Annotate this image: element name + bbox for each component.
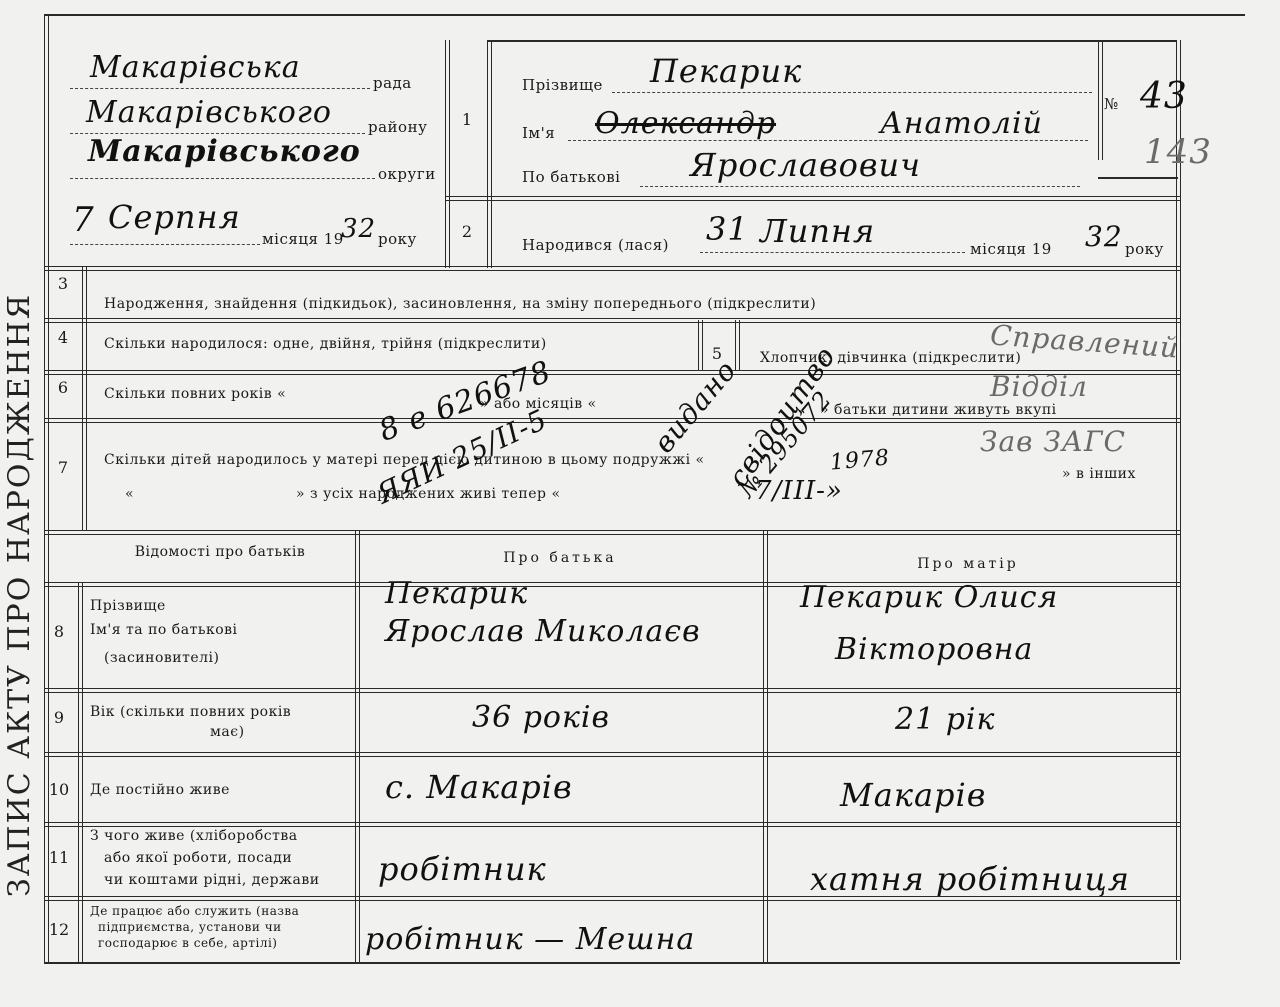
patronymic-label: По батькові — [522, 168, 620, 186]
bottom-border — [45, 962, 1180, 964]
underline — [700, 252, 965, 253]
row12-label-2: підприємства, установи чи — [98, 920, 282, 935]
row12-label-1: Де працює або служить (назва — [90, 904, 299, 919]
row11-label-1: З чого живе (хліборобства — [90, 828, 298, 844]
field-number: 9 — [44, 708, 74, 727]
born-label: Народився (лася) — [522, 236, 669, 254]
field-number: 11 — [44, 848, 74, 867]
registration-month: Серпня — [108, 198, 241, 236]
rayon-label: району — [368, 118, 427, 136]
field-number: 7 — [48, 458, 78, 477]
divider — [445, 196, 1180, 201]
rayon-value: Макарівського — [86, 95, 332, 130]
divider — [445, 40, 450, 268]
divider — [82, 266, 87, 531]
field6-text-c: » батьки дитини живуть вкупі — [820, 402, 1057, 418]
top-border — [45, 14, 1245, 16]
divider — [735, 320, 740, 370]
child-name: Анатолій — [880, 106, 1043, 141]
birth-month: Липня — [760, 212, 875, 250]
field3-text: Народження, знайдення (підкидьок), засин… — [104, 296, 816, 312]
mother-age: 21 рік — [895, 702, 995, 737]
father-name: Ярослав Миколаєв — [385, 614, 701, 649]
divider — [487, 40, 1177, 42]
underline — [640, 186, 1080, 187]
row9-label-1: Вік (скільки повних років — [90, 704, 291, 720]
father-age: 36 років — [472, 700, 610, 735]
field-number: 10 — [44, 780, 74, 799]
record-number-label: № — [1104, 95, 1119, 113]
birth-record-form: ЗАПИС АКТУ ПРО НАРОДЖЕННЯ № 43 143 Макар… — [0, 0, 1280, 1007]
row8-label-1: Прізвище — [90, 598, 166, 614]
row11-label-3: чи коштами рідні, держави — [104, 872, 320, 888]
year-label: року — [378, 230, 417, 248]
divider — [45, 530, 1180, 535]
row12-label-3: господарює в себе, артілі) — [98, 936, 277, 951]
mother-header: Про матір — [768, 556, 1168, 572]
field-number: 1 — [452, 110, 482, 129]
mother-occupation: хатня робітниця — [810, 860, 1130, 898]
annotation-department: Відділ — [990, 370, 1088, 403]
divider — [45, 822, 1180, 827]
field6-text-a: Скільки повних років « — [104, 386, 286, 402]
divider — [487, 40, 492, 268]
record-number-secondary: 143 — [1144, 132, 1212, 172]
underline — [70, 178, 375, 179]
month-label: місяця 19 — [262, 230, 344, 248]
name-label: Ім'я — [522, 124, 555, 142]
field7-text-c: « — [125, 486, 134, 502]
child-surname: Пекарик — [650, 52, 802, 90]
underline — [612, 92, 1092, 93]
divider — [45, 896, 1180, 901]
father-residence: с. Макарів — [385, 768, 573, 806]
parents-info-header: Відомості про батьків — [85, 544, 355, 560]
registration-year: 32 — [341, 214, 376, 244]
record-number-value: 43 — [1140, 76, 1188, 117]
field-number: 4 — [48, 328, 78, 347]
month-label: місяця 19 — [970, 240, 1052, 258]
surname-label: Прізвище — [522, 76, 603, 94]
mother-residence: Макарів — [840, 776, 986, 814]
year-label: року — [1125, 240, 1164, 258]
birth-day: 31 — [706, 210, 749, 248]
divider — [45, 752, 1180, 757]
mother-patronymic: Вікторовна — [835, 632, 1033, 667]
registration-day: 7 — [72, 200, 95, 240]
field-number: 3 — [48, 274, 78, 293]
birth-year: 32 — [1085, 220, 1123, 253]
annotation-year: 1978 — [829, 445, 891, 475]
divider — [1098, 40, 1103, 160]
mother-surname-name: Пекарик Олися — [800, 580, 1058, 615]
divider — [1098, 177, 1178, 179]
field-number: 8 — [44, 622, 74, 641]
divider — [45, 266, 1180, 271]
row8-label-3: (засиновителі) — [104, 650, 219, 666]
underline — [568, 140, 1088, 141]
divider — [45, 688, 1180, 693]
divider — [45, 418, 1180, 423]
row11-label-2: або якої роботи, посади — [104, 850, 292, 866]
father-occupation: робітник — [378, 850, 547, 888]
child-patronymic: Ярославович — [690, 146, 921, 184]
father-surname: Пекарик — [385, 576, 528, 611]
underline — [70, 244, 260, 245]
divider — [78, 582, 83, 962]
side-title: ЗАПИС АКТУ ПРО НАРОДЖЕННЯ — [2, 190, 42, 1000]
rada-value: Макарівська — [90, 50, 301, 85]
annotation-head-signature: Зав ЗАГС — [980, 425, 1126, 458]
row9-label-2: має) — [210, 724, 245, 740]
field-number: 2 — [452, 222, 482, 241]
field-number: 6 — [48, 378, 78, 397]
row8-label-2: Ім'я та по батькові — [90, 622, 237, 638]
father-workplace: робітник — Мешна — [365, 922, 695, 957]
field-number: 12 — [44, 920, 74, 939]
okruha-label: округи — [378, 165, 436, 183]
underline — [70, 88, 370, 89]
row10-label: Де постійно живе — [90, 782, 230, 798]
okruha-value: Макарівського — [88, 134, 361, 169]
field7-text-b: » в інших — [1062, 466, 1136, 482]
field4-text: Скільки народилося: одне, двійня, трійня… — [104, 336, 547, 352]
child-name-struck: Олександр — [595, 106, 776, 141]
rada-label: рада — [373, 74, 412, 92]
father-header: Про батька — [360, 550, 760, 566]
